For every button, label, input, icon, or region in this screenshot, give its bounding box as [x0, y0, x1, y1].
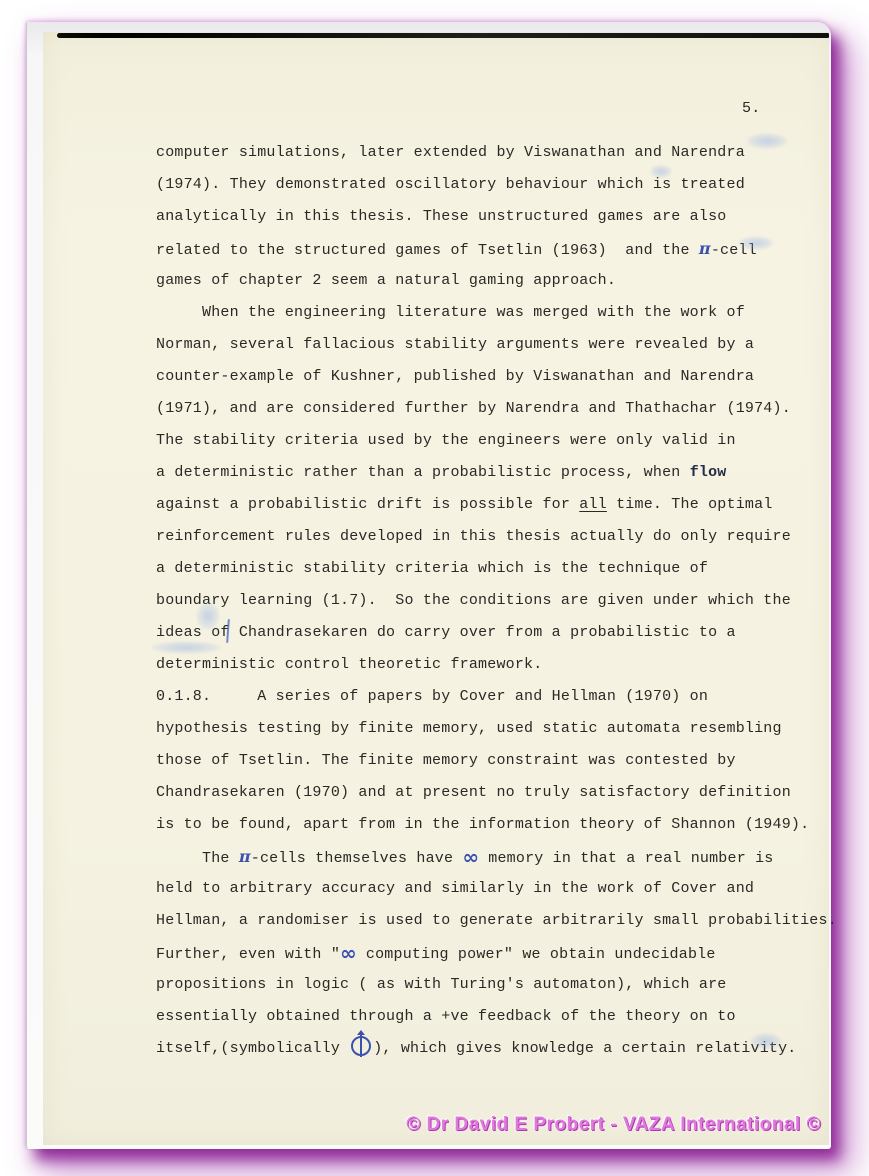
text-segment: 0.1.8. A series of papers by Cover and H…	[156, 688, 708, 705]
text-line: boundary learning (1.7). So the conditio…	[156, 585, 829, 617]
copyright-watermark: © Dr David E Probert - VAZA Internationa…	[406, 1114, 821, 1136]
text-segment: ), which gives knowledge a certain relat…	[373, 1040, 796, 1057]
text-line: a deterministic stability criteria which…	[156, 553, 829, 585]
text-line: (1971), and are considered further by Na…	[156, 393, 829, 425]
text-segment: boundary learning (1.7). So the conditio…	[156, 592, 791, 609]
page-number: 5.	[742, 100, 760, 117]
text-line: held to arbitrary accuracy and similarly…	[156, 873, 829, 905]
text-line: related to the structured games of Tsetl…	[156, 233, 829, 265]
ink-smudge	[650, 165, 672, 178]
text-segment: games of chapter 2 seem a natural gaming…	[156, 272, 616, 289]
text-line: Hellman, a randomiser is used to generat…	[156, 905, 829, 937]
text-segment: analytically in this thesis. These unstr…	[156, 208, 727, 225]
ink-smudge	[750, 1033, 782, 1049]
text-segment: computer simulations, later extended by …	[156, 144, 745, 161]
text-line: hypothesis testing by finite memory, use…	[156, 713, 829, 745]
text-line: Further, even with "∞ computing power" w…	[156, 937, 829, 969]
text-segment: related to the structured games of Tsetl…	[156, 242, 699, 259]
text-line: against a probabilistic drift is possibl…	[156, 489, 829, 521]
text-segment: -cells themselves have	[251, 850, 463, 867]
text-segment: reinforcement rules developed in this th…	[156, 528, 791, 545]
text-segment: computing power" we obtain undecidable	[357, 946, 716, 963]
text-line: analytically in this thesis. These unstr…	[156, 201, 829, 233]
ink-smudge	[738, 236, 774, 250]
text-segment: a deterministic stability criteria which…	[156, 560, 708, 577]
text-line: reinforcement rules developed in this th…	[156, 521, 829, 553]
scanned-document-page: { "page": { "number": "5.", "watermark":…	[0, 0, 869, 1176]
text-segment: propositions in logic ( as with Turing's…	[156, 976, 727, 993]
text-line: those of Tsetlin. The finite memory cons…	[156, 745, 829, 777]
text-segment: (1971), and are considered further by Na…	[156, 400, 791, 417]
text-line: games of chapter 2 seem a natural gaming…	[156, 265, 829, 297]
text-line: Chandrasekaren (1970) and at present no …	[156, 777, 829, 809]
underlined-word: all	[579, 496, 607, 513]
text-segment: is to be found, apart from in the inform…	[156, 816, 809, 833]
text-line: propositions in logic ( as with Turing's…	[156, 969, 829, 1001]
ink-smudge	[150, 641, 222, 654]
text-segment: The	[156, 850, 239, 867]
text-line: a deterministic rather than a probabilis…	[156, 457, 829, 489]
text-segment: held to arbitrary accuracy and similarly…	[156, 880, 754, 897]
text-segment: a deterministic rather than a probabilis…	[156, 464, 690, 481]
scanned-sheet: 5. computer simulations, later extended …	[26, 22, 831, 1149]
infinity-symbol: ∞	[462, 845, 479, 869]
paper: 5. computer simulations, later extended …	[43, 32, 829, 1145]
text-segment: Further, even with "	[156, 946, 340, 963]
text-segment: Hellman, a randomiser is used to generat…	[156, 912, 837, 929]
text-line: essentially obtained through a +ve feedb…	[156, 1001, 829, 1033]
text-segment: The stability criteria used by the engin…	[156, 432, 736, 449]
ink-smudge	[196, 602, 220, 630]
text-segment: against a probabilistic drift is possibl…	[156, 496, 579, 513]
text-segment: itself,(symbolically	[156, 1040, 349, 1057]
text-segment: When the engineering literature was merg…	[156, 304, 745, 321]
ink-smudge	[746, 133, 788, 149]
text-segment: deterministic control theoretic framewor…	[156, 656, 542, 673]
text-segment: essentially obtained through a +ve feedb…	[156, 1008, 736, 1025]
text-line: ideas of Chandrasekaren do carry over fr…	[156, 617, 829, 649]
text-segment: counter-example of Kushner, published by…	[156, 368, 754, 385]
text-line: The stability criteria used by the engin…	[156, 425, 829, 457]
text-segment: hypothesis testing by finite memory, use…	[156, 720, 782, 737]
text-line: itself,(symbolically ), which gives know…	[156, 1033, 829, 1065]
text-segment: Chandrasekaren (1970) and at present no …	[156, 784, 791, 801]
pi-symbol: π	[239, 847, 251, 866]
feedback-loop-symbol	[351, 1036, 371, 1056]
text-line: deterministic control theoretic framewor…	[156, 649, 829, 681]
emphasized-word: flow	[690, 464, 727, 481]
text-segment: time. The optimal	[607, 496, 773, 513]
text-segment: Norman, several fallacious stability arg…	[156, 336, 754, 353]
text-line: (1974). They demonstrated oscillatory be…	[156, 169, 829, 201]
text-line: The π-cells themselves have ∞ memory in …	[156, 841, 829, 873]
text-line: is to be found, apart from in the inform…	[156, 809, 829, 841]
document-text: computer simulations, later extended by …	[156, 137, 829, 1065]
text-segment: (1974). They demonstrated oscillatory be…	[156, 176, 745, 193]
text-line: 0.1.8. A series of papers by Cover and H…	[156, 681, 829, 713]
text-line: counter-example of Kushner, published by…	[156, 361, 829, 393]
pi-symbol: π	[699, 239, 711, 258]
text-segment: those of Tsetlin. The finite memory cons…	[156, 752, 736, 769]
scan-shadow-line	[57, 33, 829, 38]
text-segment: Chandrasekaren do carry over from a prob…	[230, 624, 736, 641]
text-line: computer simulations, later extended by …	[156, 137, 829, 169]
text-line: When the engineering literature was merg…	[156, 297, 829, 329]
text-segment: memory in that a real number is	[479, 850, 773, 867]
infinity-symbol: ∞	[340, 941, 357, 965]
text-line: Norman, several fallacious stability arg…	[156, 329, 829, 361]
